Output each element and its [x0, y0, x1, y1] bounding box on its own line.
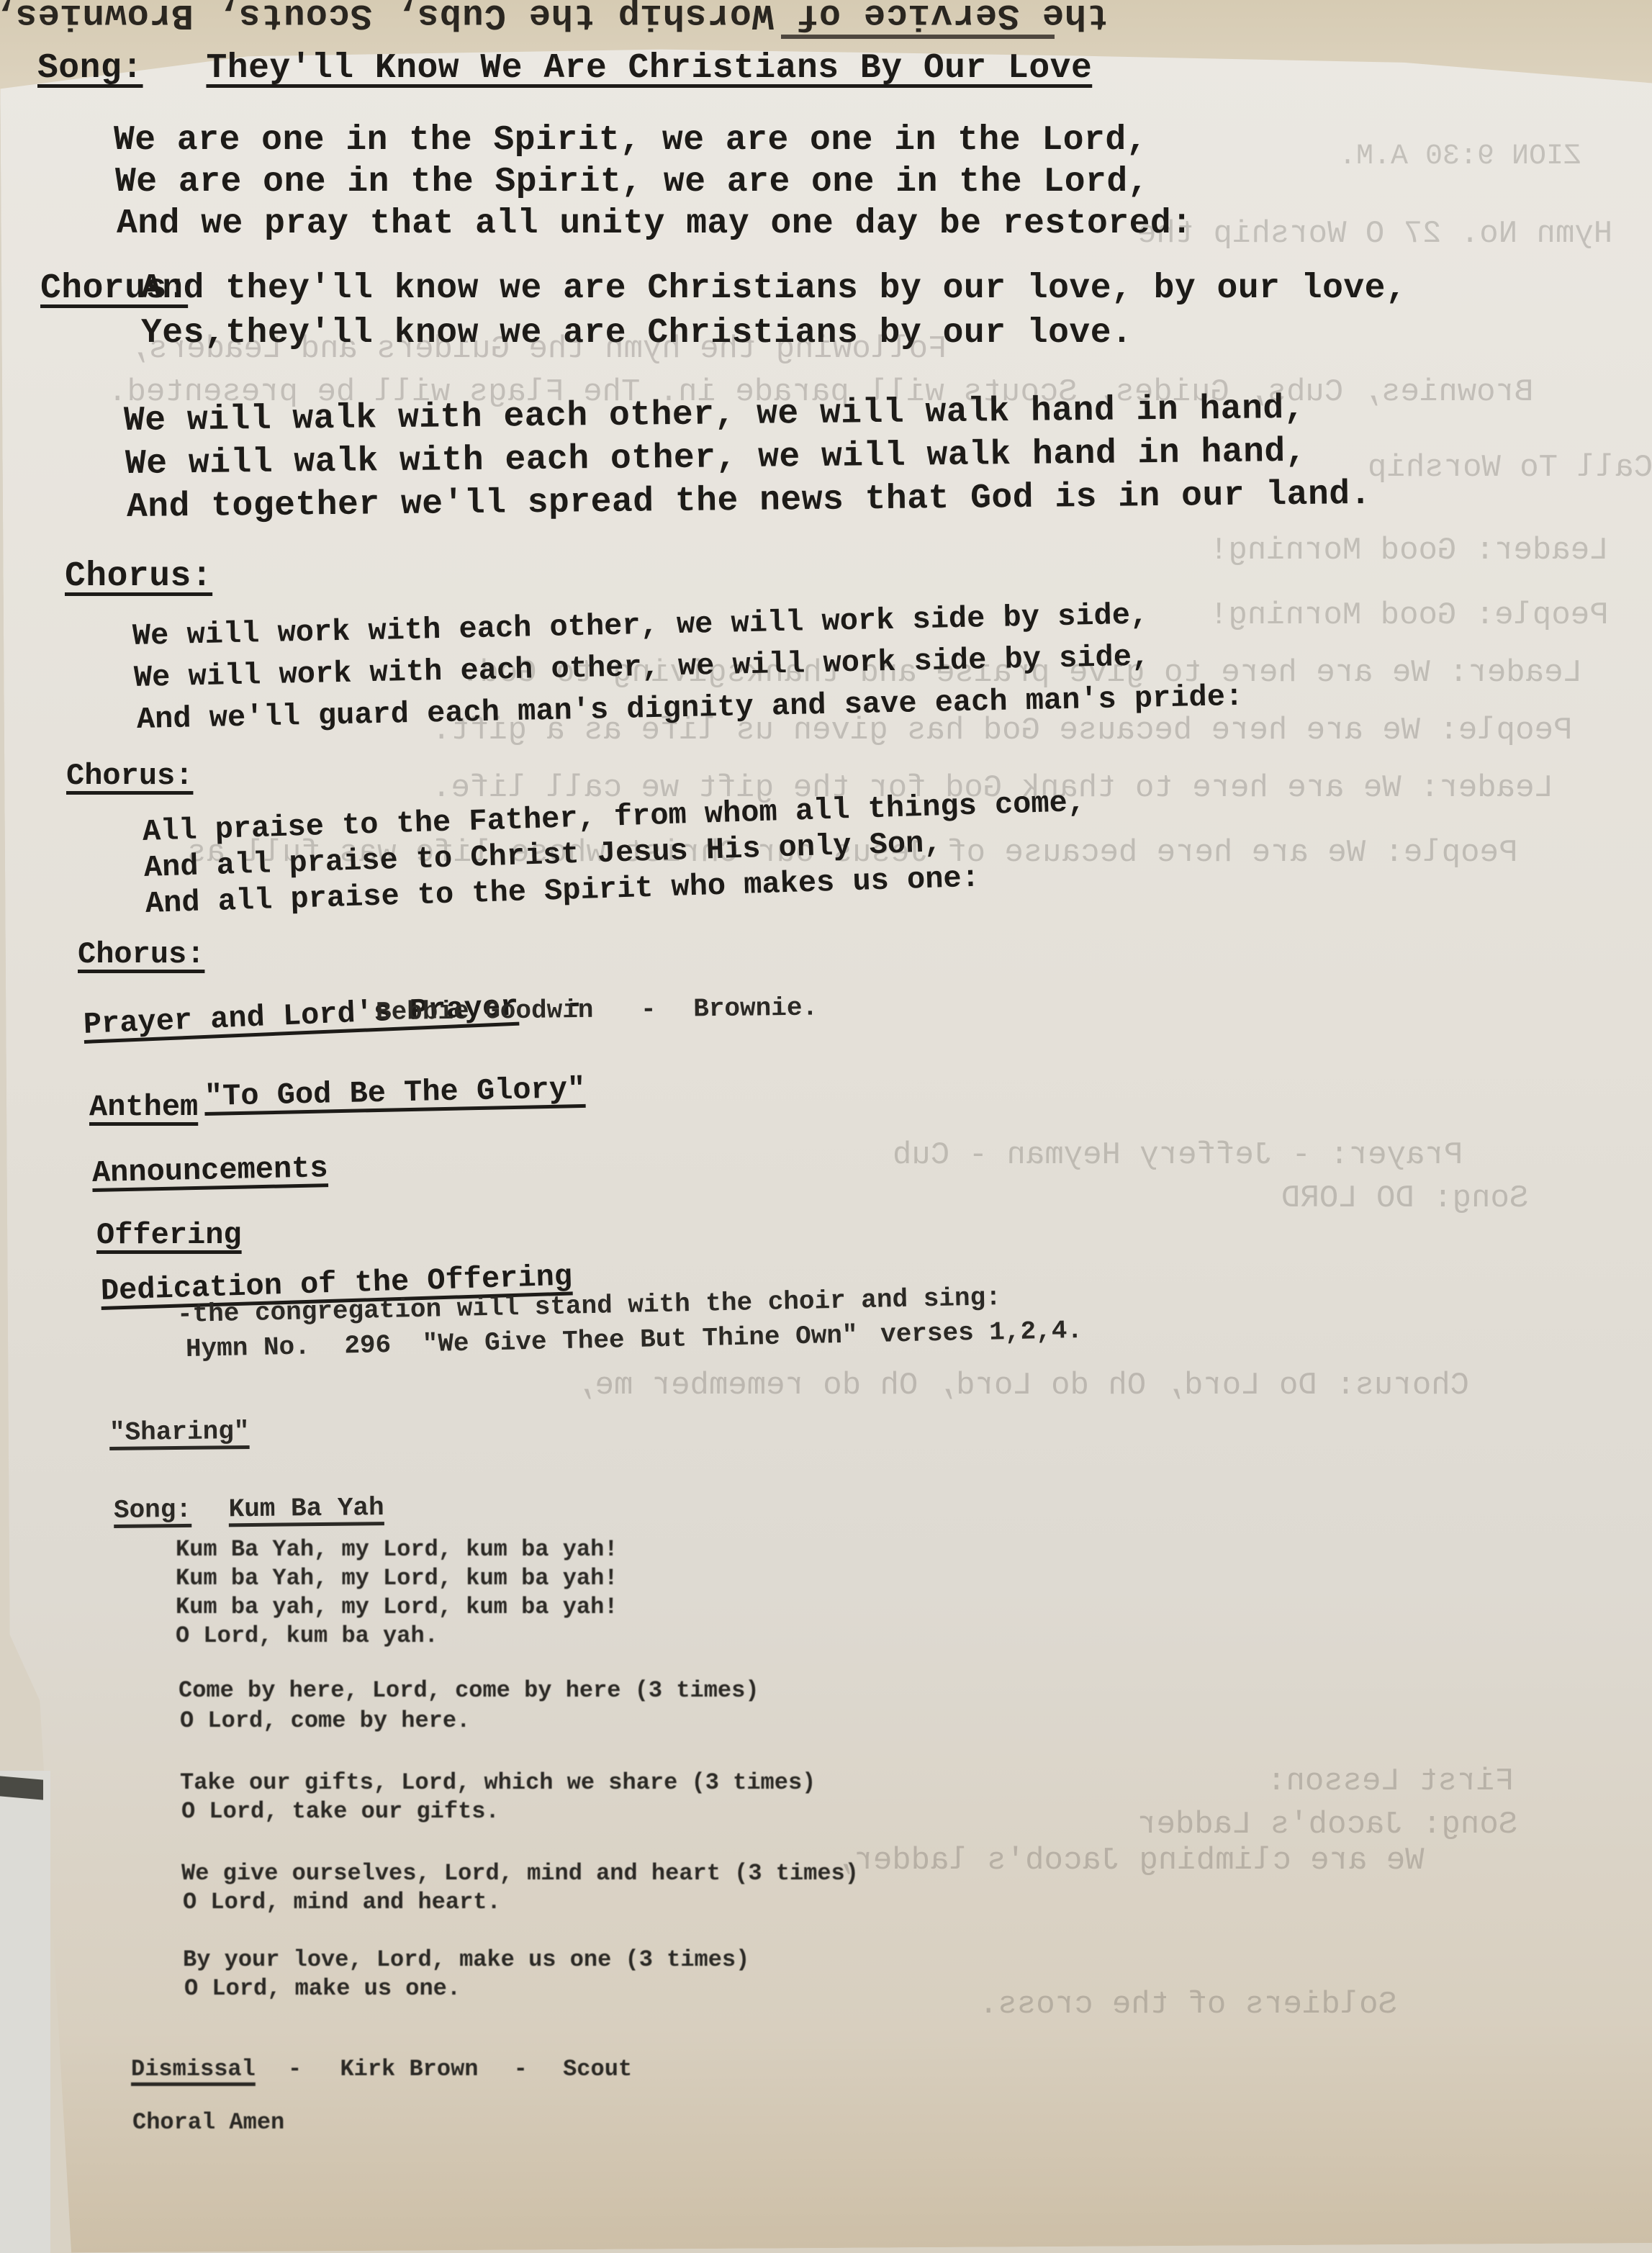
- announcements-label: Announcements: [91, 1151, 328, 1191]
- ghost-line: Soldiers of the cross.: [979, 1987, 1397, 2023]
- ghost-line: First Lesson:: [1267, 1764, 1514, 1800]
- prayer-leader-name: Bebbie Goodwin: [376, 995, 594, 1027]
- lyric-line: We give ourselves, Lord, mind and heart …: [181, 1860, 859, 1887]
- underline-rule: [781, 35, 1055, 39]
- chorus-line: Yes,they'll know we are Christians by ou…: [141, 314, 1132, 353]
- dismissal-label: Dismissal: [131, 2056, 256, 2082]
- lyric-line: Kum ba Yah, my Lord, kum ba yah!: [176, 1565, 618, 1591]
- song-title: Kum Ba Yah: [228, 1493, 384, 1524]
- ghost-line: Hymn No. 27 O Worship the: [1137, 216, 1612, 252]
- song-title: They'll Know We Are Christians By Our Lo…: [206, 49, 1092, 88]
- ghost-line: Song: DO LORD: [1281, 1180, 1528, 1216]
- separator: -: [288, 2056, 302, 2082]
- ghost-line: We are climbing Jacob's ladder,: [835, 1843, 1425, 1879]
- lyric-line: Take our gifts, Lord, which we share (3 …: [180, 1769, 816, 1796]
- verse-line: We are one in the Spirit, we are one in …: [114, 121, 1147, 160]
- lyric-line: Kum Ba Yah, my Lord, kum ba yah!: [176, 1536, 618, 1563]
- prayer-leader: Bebbie Goodwin - Brownie.: [376, 993, 818, 1027]
- lyric-line: O Lord, take our gifts.: [181, 1798, 500, 1825]
- chorus-line: And they'll know we are Christians by ou…: [141, 269, 1407, 308]
- ghost-line: Chorus: Do Lord, Oh do Lord, Oh do remem…: [576, 1368, 1469, 1404]
- chorus-label: Chorus:: [66, 759, 193, 793]
- separator: -: [641, 995, 656, 1024]
- prayer-leader-role: Brownie.: [693, 993, 818, 1024]
- hymn-number: 296: [344, 1330, 392, 1360]
- choral-amen: Choral Amen: [132, 2109, 284, 2136]
- song-label: Song:: [37, 49, 143, 88]
- sharing-label: "Sharing": [109, 1417, 250, 1448]
- dismissal-role: Scout: [563, 2056, 632, 2082]
- chorus-label: Chorus:: [78, 937, 204, 972]
- background-tab: [0, 1776, 43, 1800]
- song-heading: Song: They'll Know We Are Christians By …: [37, 49, 1092, 88]
- lyric-line: O Lord, come by here.: [180, 1707, 470, 1734]
- chorus-label: Chorus:: [65, 557, 212, 596]
- ghost-line: Call To Worship: [1368, 450, 1652, 486]
- lyric-line: Come by here, Lord, come by here (3 time…: [179, 1677, 759, 1704]
- verse-line: And we pray that all unity may one day b…: [117, 204, 1193, 243]
- song-label: Song:: [114, 1495, 191, 1525]
- dismissal-row: Dismissal - Kirk Brown - Scout: [131, 2056, 632, 2082]
- lyric-line: O Lord, make us one.: [184, 1975, 461, 2002]
- ghost-line: Prayer: - Jeffery Heyman - Cub: [893, 1137, 1463, 1173]
- ghost-line: Leader: Good Morning!: [1209, 533, 1609, 569]
- song-heading: Song: Kum Ba Yah: [114, 1493, 384, 1525]
- lyric-line: O Lord, mind and heart.: [183, 1889, 501, 1915]
- separator: -: [514, 2056, 528, 2082]
- anthem-label: Anthem: [89, 1090, 198, 1124]
- ghost-line: People: Good Morning!: [1209, 597, 1609, 633]
- hymn-prefix: Hymn No.: [186, 1332, 311, 1364]
- lyric-line: Kum ba yah, my Lord, kum ba yah!: [176, 1594, 618, 1620]
- dismissal-name: Kirk Brown: [340, 2056, 478, 2082]
- upside-down-text: the Service of Worship the Cubs, Scouts,…: [29, 0, 1109, 35]
- ghost-line: ZION 9:30 A.M.: [1339, 140, 1581, 173]
- hymn-verses: verses 1,2,4.: [880, 1316, 1083, 1350]
- ghost-line: Song: Jacob's Ladder: [1137, 1807, 1517, 1843]
- lyric-line: By your love, Lord, make us one (3 times…: [183, 1946, 749, 1973]
- lyric-line: O Lord, kum ba yah.: [176, 1622, 438, 1649]
- offering-label: Offering: [96, 1218, 242, 1252]
- background-edge: [0, 1771, 50, 2253]
- verse-line: We are one in the Spirit, we are one in …: [115, 163, 1149, 202]
